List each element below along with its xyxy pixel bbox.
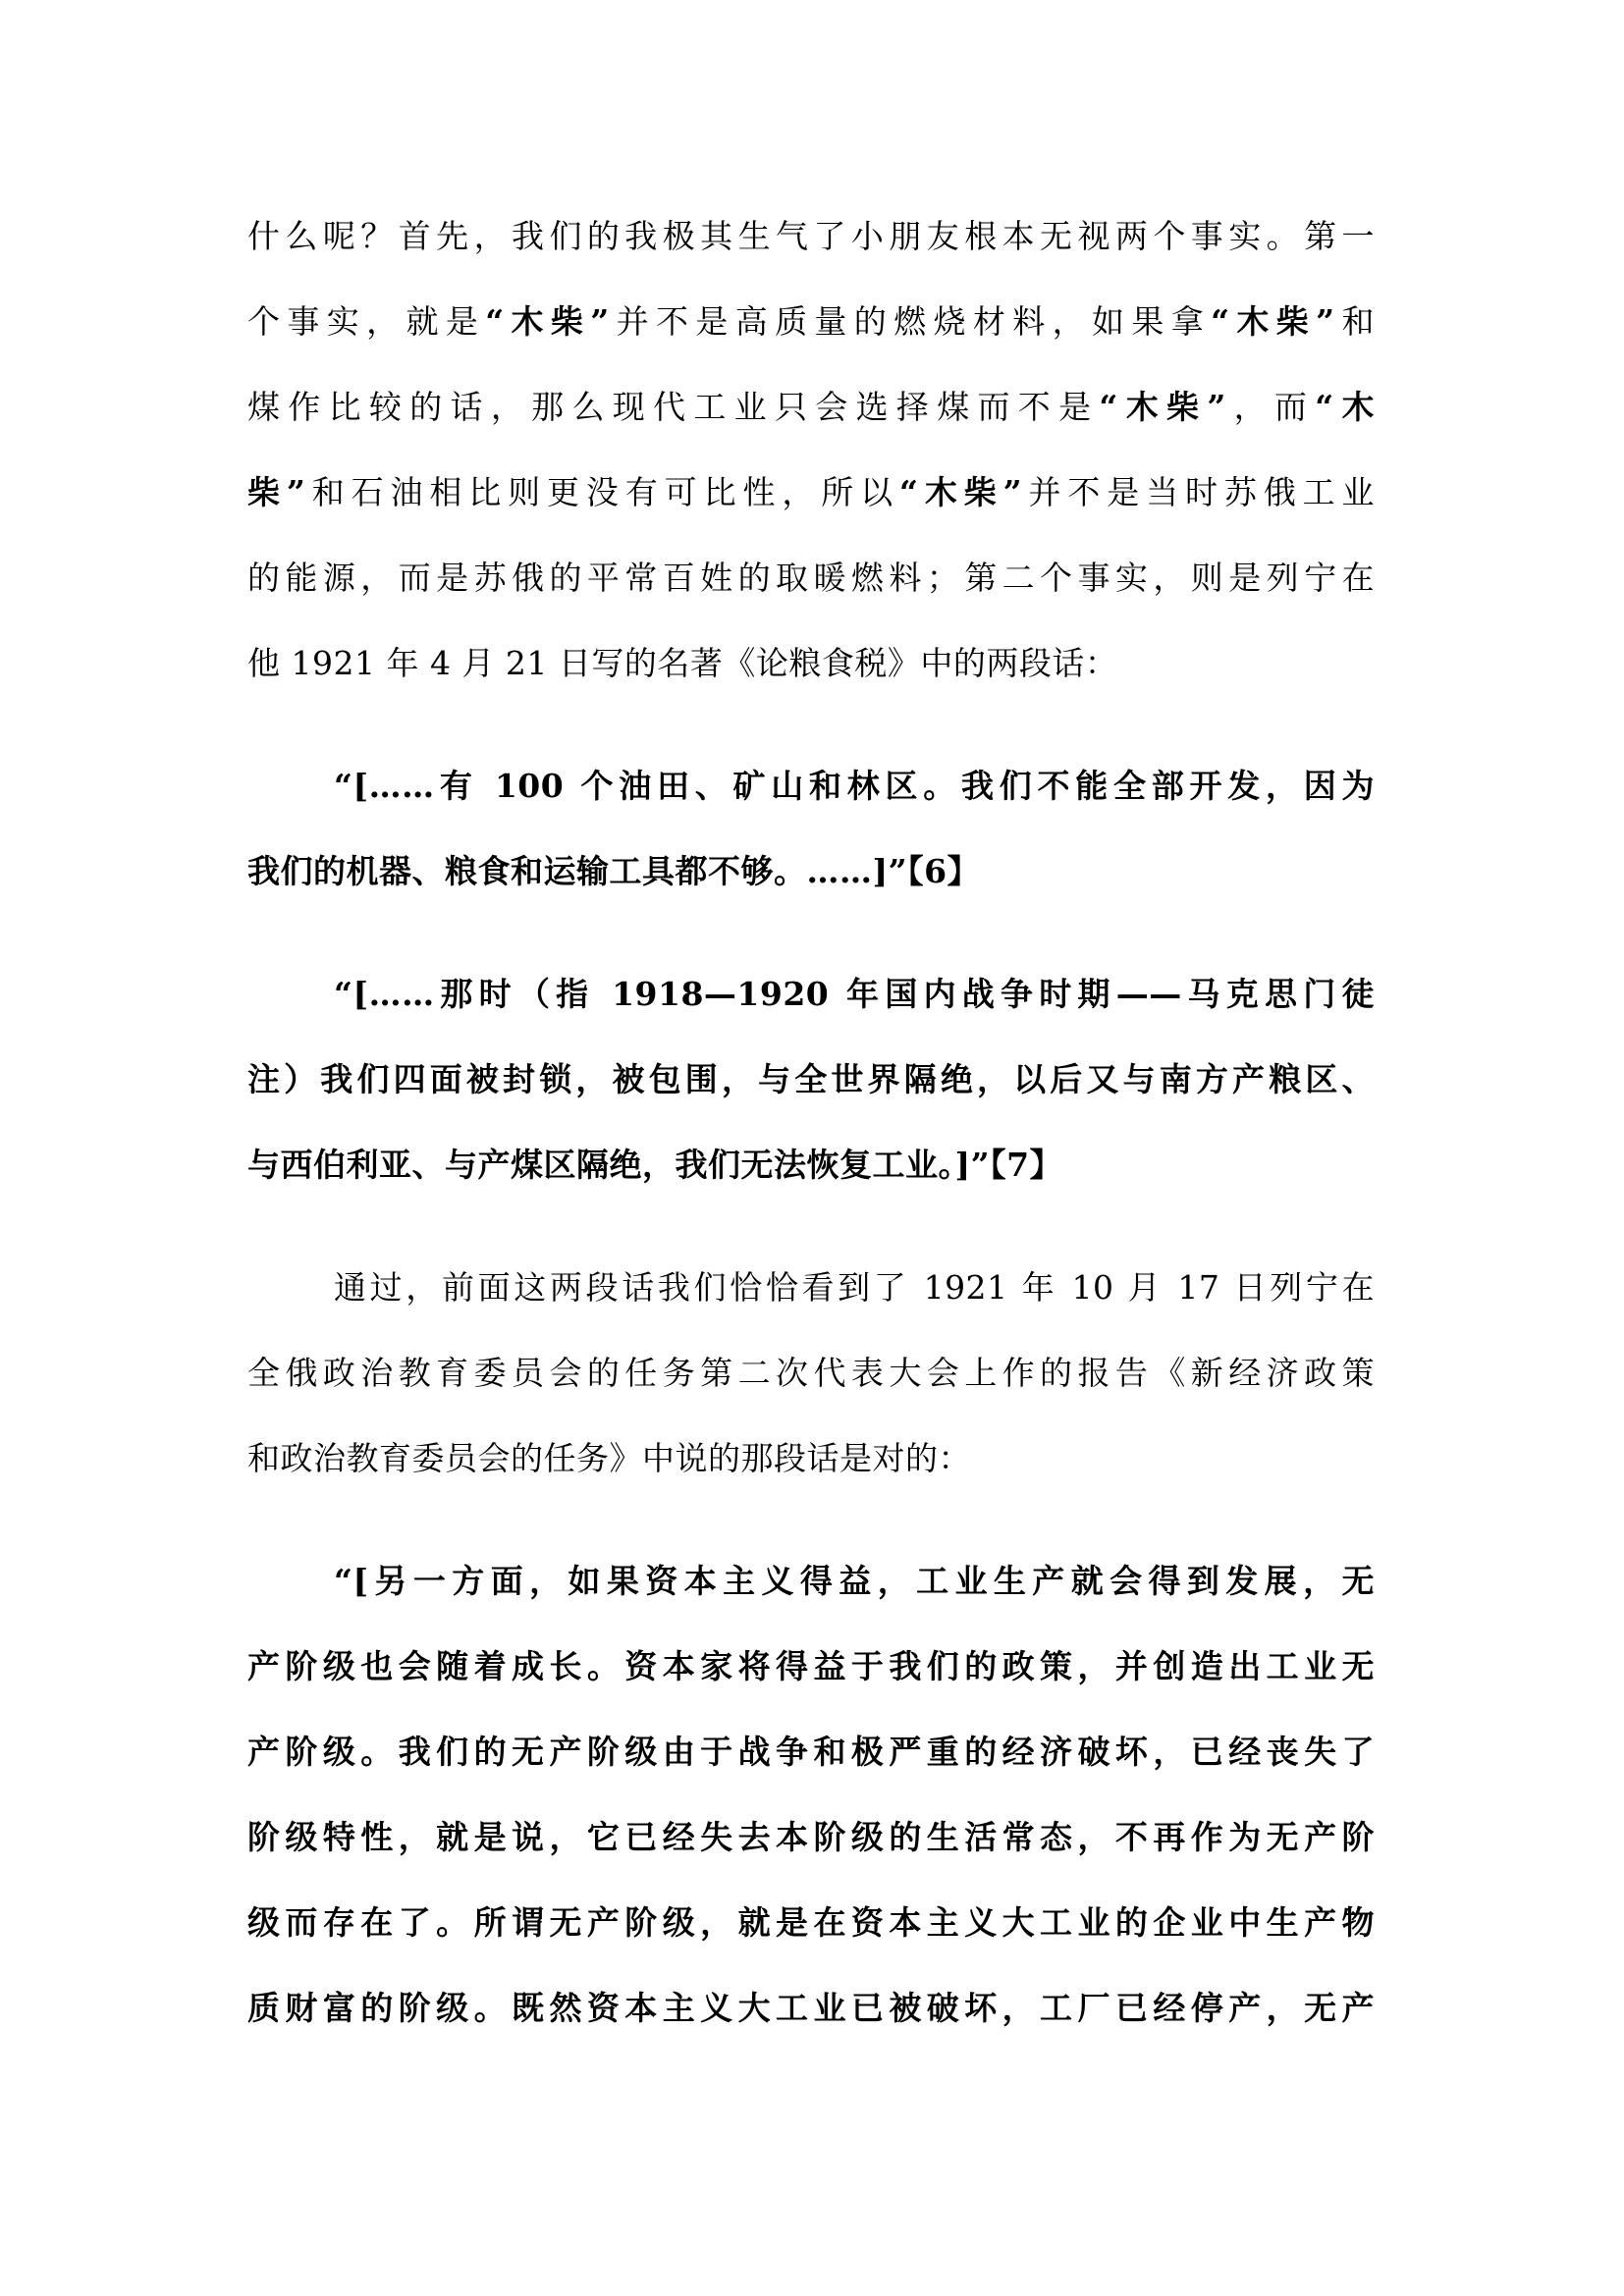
text-segment: 通过，前面这两段话我们恰恰看到了 1921 年 10 月 17 日列宁在 bbox=[334, 1268, 1375, 1307]
text-segment: 我们的机器、粮食和运输工具都不够。……]”【6】 bbox=[247, 852, 980, 890]
document-page: 什么呢？首先，我们的我极其生气了小朋友根本无视两个事实。第一个事实，就是“木柴”… bbox=[0, 0, 1624, 2296]
text-segment: “[另一方面，如果资本主义得益，工业生产就会得到发展，无 bbox=[334, 1562, 1375, 1600]
text-segment: 和石油相比则更没有可比性，所以 bbox=[305, 473, 899, 511]
text-line: 阶级特性，就是说，它已经失去本阶级的生活常态，不再作为无产阶 bbox=[247, 1794, 1375, 1880]
text-segment: 他 1921 年 4 月 21 日写的名著《论粮食税》中的两段话： bbox=[247, 644, 1117, 682]
text-line: “[……那时（指 1918—1920 年国内战争时期——马克思门徒 bbox=[247, 951, 1375, 1037]
text-line: 他 1921 年 4 月 21 日写的名著《论粮食税》中的两段话： bbox=[247, 620, 1375, 706]
emphasized-term: 柴” bbox=[247, 473, 305, 511]
quote-tax-in-kind-2: “[……那时（指 1918—1920 年国内战争时期——马克思门徒注）我们四面被… bbox=[247, 951, 1375, 1207]
text-segment: ，而 bbox=[1226, 388, 1315, 426]
text-segment: 并不是高质量的燃烧材料，如果拿 bbox=[610, 302, 1211, 341]
text-segment: “[……有 100 个油田、矿山和林区。我们不能全部开发，因为 bbox=[334, 767, 1375, 805]
text-segment: “[……那时（指 1918—1920 年国内战争时期——马克思门徒 bbox=[334, 975, 1375, 1013]
text-segment: 产阶级。我们的无产阶级由于战争和极严重的经济破坏，已经丧失了 bbox=[247, 1733, 1375, 1771]
text-segment: 质财富的阶级。既然资本主义大工业已被破坏，工厂已经停产，无产 bbox=[247, 1989, 1375, 2027]
text-line: 和政治教育委员会的任务》中说的那段话是对的： bbox=[247, 1415, 1375, 1501]
body-transition-paragraph: 通过，前面这两段话我们恰恰看到了 1921 年 10 月 17 日列宁在全俄政治… bbox=[247, 1245, 1375, 1501]
text-segment: 什么呢？首先，我们的我极其生气了小朋友根本无视两个事实。第一 bbox=[247, 217, 1375, 255]
text-line: 什么呢？首先，我们的我极其生气了小朋友根本无视两个事实。第一 bbox=[247, 193, 1375, 279]
text-line: “[……有 100 个油田、矿山和林区。我们不能全部开发，因为 bbox=[247, 743, 1375, 828]
emphasized-term: “木柴” bbox=[485, 302, 610, 341]
text-line: 通过，前面这两段话我们恰恰看到了 1921 年 10 月 17 日列宁在 bbox=[247, 1245, 1375, 1330]
text-line: 我们的机器、粮食和运输工具都不够。……]”【6】 bbox=[247, 828, 1375, 914]
text-line: 质财富的阶级。既然资本主义大工业已被破坏，工厂已经停产，无产 bbox=[247, 1965, 1375, 2051]
text-segment: 煤作比较的话，那么现代工业只会选择煤而不是 bbox=[247, 388, 1099, 426]
text-segment: 的能源，而是苏俄的平常百姓的取暖燃料；第二个事实，则是列宁在 bbox=[247, 559, 1375, 597]
text-line: 柴”和石油相比则更没有可比性，所以“木柴”并不是当时苏俄工业 bbox=[247, 450, 1375, 535]
text-segment: 个事实，就是 bbox=[247, 302, 485, 341]
text-segment: 并不是当时苏俄工业 bbox=[1022, 473, 1375, 511]
text-segment: 阶级特性，就是说，它已经失去本阶级的生活常态，不再作为无产阶 bbox=[247, 1818, 1375, 1856]
text-line: 产阶级。我们的无产阶级由于战争和极严重的经济破坏，已经丧失了 bbox=[247, 1709, 1375, 1794]
emphasized-term: “木柴” bbox=[1211, 302, 1335, 341]
text-line: 的能源，而是苏俄的平常百姓的取暖燃料；第二个事实，则是列宁在 bbox=[247, 535, 1375, 620]
body-continuation-paragraph: 什么呢？首先，我们的我极其生气了小朋友根本无视两个事实。第一个事实，就是“木柴”… bbox=[247, 193, 1375, 706]
text-segment: 级而存在了。所谓无产阶级，就是在资本主义大工业的企业中生产物 bbox=[247, 1903, 1375, 1942]
emphasized-term: “木柴” bbox=[1099, 388, 1225, 426]
text-line: 级而存在了。所谓无产阶级，就是在资本主义大工业的企业中生产物 bbox=[247, 1880, 1375, 1965]
text-segment: 全俄政治教育委员会的任务第二次代表大会上作的报告《新经济政策 bbox=[247, 1354, 1375, 1392]
text-segment: 产阶级也会随着成长。资本家将得益于我们的政策，并创造出工业无 bbox=[247, 1647, 1375, 1685]
text-line: 与西伯利亚、与产煤区隔绝，我们无法恢复工业。]”【7】 bbox=[247, 1122, 1375, 1207]
text-line: 全俄政治教育委员会的任务第二次代表大会上作的报告《新经济政策 bbox=[247, 1330, 1375, 1415]
document-text-area: 什么呢？首先，我们的我极其生气了小朋友根本无视两个事实。第一个事实，就是“木柴”… bbox=[0, 0, 1624, 2051]
text-line: “[另一方面，如果资本主义得益，工业生产就会得到发展，无 bbox=[247, 1538, 1375, 1624]
quote-new-economic-policy: “[另一方面，如果资本主义得益，工业生产就会得到发展，无产阶级也会随着成长。资本… bbox=[247, 1538, 1375, 2051]
emphasized-term: “木柴” bbox=[899, 473, 1022, 511]
quote-tax-in-kind-1: “[……有 100 个油田、矿山和林区。我们不能全部开发，因为我们的机器、粮食和… bbox=[247, 743, 1375, 914]
text-line: 个事实，就是“木柴”并不是高质量的燃烧材料，如果拿“木柴”和 bbox=[247, 279, 1375, 364]
text-segment: 注）我们四面被封锁，被包围，与全世界隔绝，以后又与南方产粮区、 bbox=[247, 1060, 1375, 1098]
text-line: 产阶级也会随着成长。资本家将得益于我们的政策，并创造出工业无 bbox=[247, 1624, 1375, 1709]
text-segment: 与西伯利亚、与产煤区隔绝，我们无法恢复工业。]”【7】 bbox=[247, 1146, 1062, 1184]
text-line: 注）我们四面被封锁，被包围，与全世界隔绝，以后又与南方产粮区、 bbox=[247, 1037, 1375, 1122]
text-line: 煤作比较的话，那么现代工业只会选择煤而不是“木柴”，而“木 bbox=[247, 364, 1375, 450]
text-segment: 和政治教育委员会的任务》中说的那段话是对的： bbox=[247, 1439, 971, 1477]
text-segment: 和 bbox=[1335, 302, 1375, 341]
emphasized-term: “木 bbox=[1315, 388, 1375, 426]
